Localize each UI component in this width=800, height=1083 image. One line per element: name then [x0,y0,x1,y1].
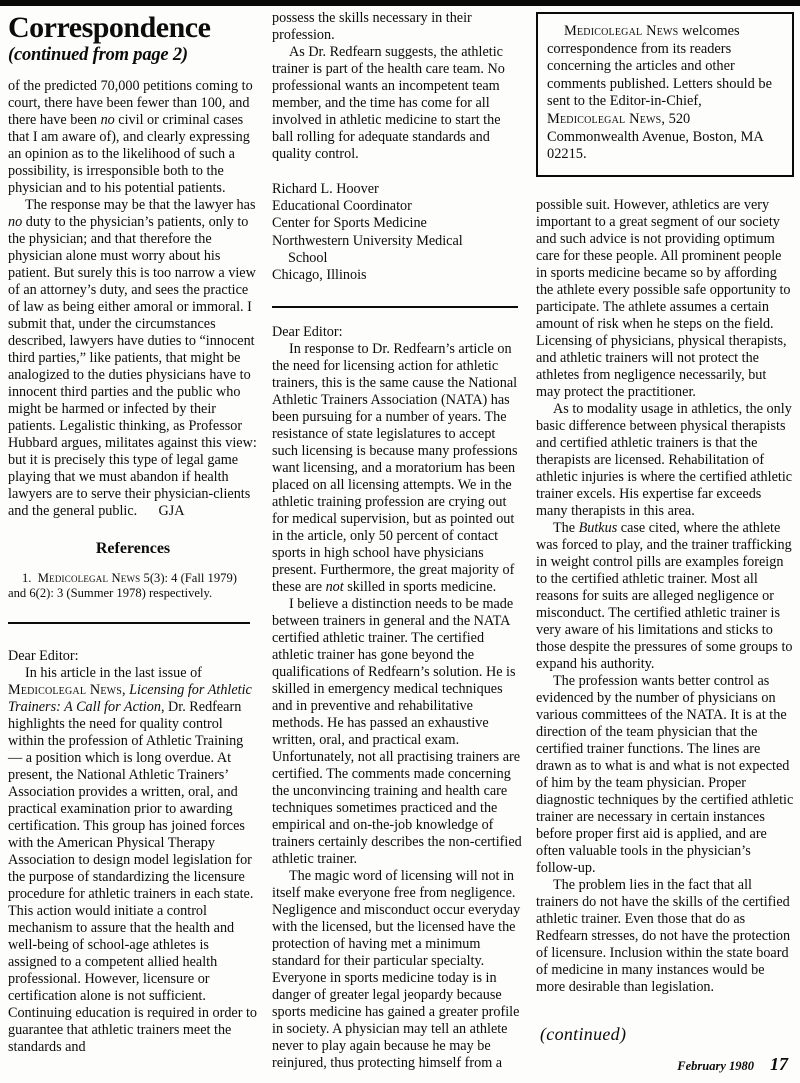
section-subtitle: (continued from page 2) [8,47,258,64]
references-heading: References [8,540,258,557]
paragraph: possible suit. However, athletics are ve… [536,197,794,401]
column-right: Medicolegal News welcomes correspondence… [536,10,794,1072]
page-footer: February 1980 17 [677,1054,788,1075]
page-number: 17 [770,1054,788,1075]
paragraph: The profession wants better control as e… [536,673,794,877]
reference-item: 1. Medicolegal News 5(3): 4 (Fall 1979) … [8,571,258,602]
paragraph: The response may be that the lawyer has … [8,197,258,520]
continued-note: (continued) [536,1026,794,1043]
signature-institution-line2: School [272,250,522,267]
signature-institution: Northwestern University Medical [272,233,522,250]
letter-salutation: Dear Editor: [272,324,522,341]
signature-organization: Center for Sports Medicine [272,215,522,232]
column-middle: possess the skills necessary in their pr… [272,10,522,1072]
letter-salutation: Dear Editor: [8,648,258,665]
letter-paragraph: I believe a distinction needs to be made… [272,596,522,868]
editor-notice-text: Medicolegal News welcomes correspondence… [547,23,783,164]
section-title: Correspondence [8,12,258,44]
letter-paragraph: In his article in the last issue of Medi… [8,665,258,1056]
issue-date: February 1980 [677,1059,754,1074]
letter-paragraph: In response to Dr. Redfearn’s article on… [272,341,522,596]
section-divider [8,622,250,624]
signature-location: Chicago, Illinois [272,267,522,284]
column-left: Correspondence (continued from page 2) o… [8,10,258,1072]
letter-paragraph: The magic word of licensing will not in … [272,868,522,1072]
correspondence-page: Correspondence (continued from page 2) o… [8,10,794,1072]
page-top-rule [0,0,800,6]
paragraph: The Butkus case cited, where the athlete… [536,520,794,673]
paragraph: of the predicted 70,000 petitions coming… [8,78,258,197]
signature-block: Richard L. Hoover Educational Coordinato… [272,181,522,284]
paragraph: As Dr. Redfearn suggests, the athletic t… [272,44,522,163]
editor-notice-box: Medicolegal News welcomes correspondence… [536,12,794,177]
signature-title: Educational Coordinator [272,198,522,215]
paragraph: The problem lies in the fact that all tr… [536,877,794,996]
paragraph: possess the skills necessary in their pr… [272,10,522,44]
paragraph: As to modality usage in athletics, the o… [536,401,794,520]
section-divider [272,306,518,308]
signature-name: Richard L. Hoover [272,181,522,198]
